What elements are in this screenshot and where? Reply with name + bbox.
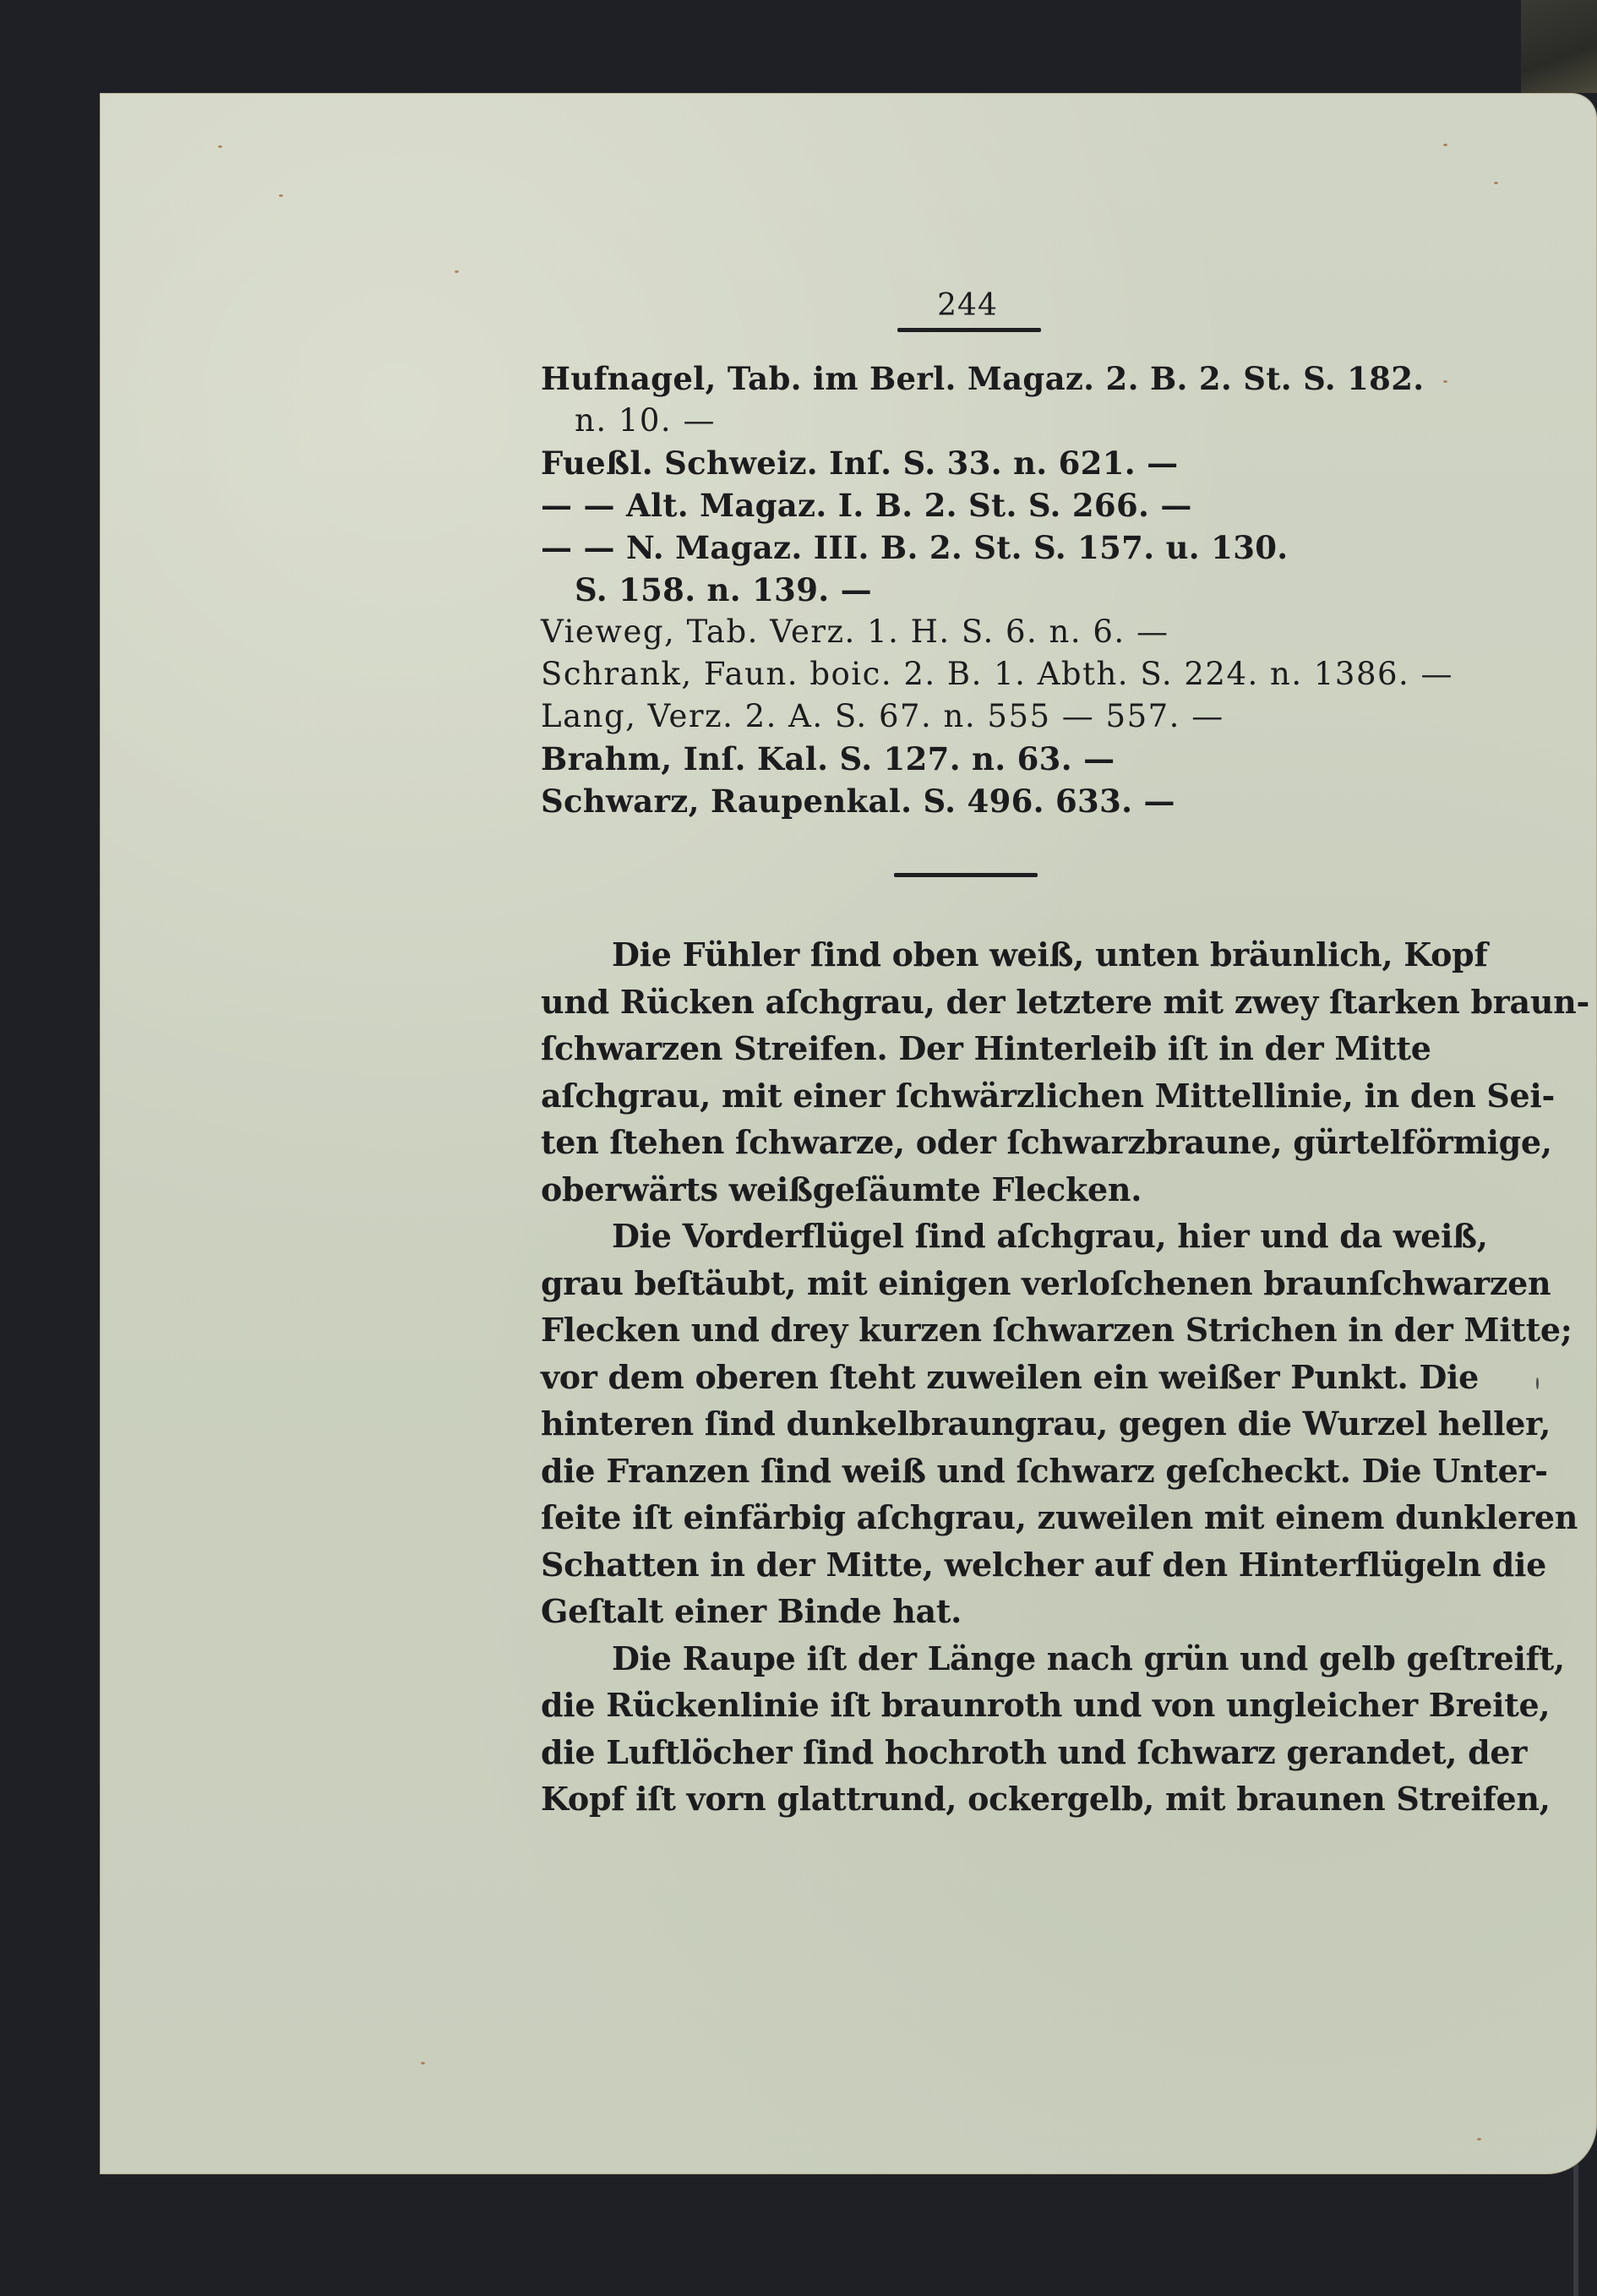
reference-line: — — N. Magaz. III. B. 2. St. S. 157. u. … <box>541 526 1403 569</box>
body-text: Die Fühler ſind oben weiß, unten bräunli… <box>541 931 1403 1823</box>
text-line: ſchwarzen Streifen. Der Hinterleib iſt i… <box>541 1025 1386 1072</box>
text-line: ſeite iſt einfärbig aſchgrau, zuweilen m… <box>541 1494 1386 1541</box>
text-line: vor dem oberen ſteht zuweilen ein weißer… <box>541 1354 1386 1401</box>
text-line: die Franzen ſind weiß und ſchwarz geſche… <box>541 1448 1386 1495</box>
paper-speck <box>1443 144 1447 146</box>
reference-list: Hufnagel, Tab. im Berl. Magaz. 2. B. 2. … <box>541 357 1403 822</box>
page-content: 244 Hufnagel, Tab. im Berl. Magaz. 2. B.… <box>541 287 1403 1823</box>
scan-backdrop-edge <box>1573 2163 1578 2296</box>
text-line: die Rückenlinie iſt braunroth und von un… <box>541 1682 1386 1729</box>
reference-line: Schrank, Faun. boic. 2. B. 1. Abth. S. 2… <box>541 653 1403 695</box>
text-line: die Luftlöcher ſind hochroth und ſchwarz… <box>541 1729 1386 1776</box>
text-line: Die Raupe iſt der Länge nach grün und ge… <box>541 1635 1386 1682</box>
paper-speck <box>279 194 283 197</box>
page-number: 244 <box>828 287 1107 324</box>
reference-line: — — Alt. Magaz. I. B. 2. St. S. 266. — <box>541 484 1403 526</box>
paper-speck <box>218 145 222 148</box>
reference-line: Hufnagel, Tab. im Berl. Magaz. 2. B. 2. … <box>541 357 1403 400</box>
reference-line: n. 10. — <box>541 400 1403 442</box>
ink-mark <box>1536 1377 1539 1389</box>
reference-line: Fueßl. Schweiz. Inſ. S. 33. n. 621. — <box>541 442 1403 484</box>
text-line: ten ſtehen ſchwarze, oder ſchwarzbraune,… <box>541 1119 1386 1166</box>
paper-speck <box>1443 380 1447 383</box>
paragraph-caterpillar: Die Raupe iſt der Länge nach grün und ge… <box>541 1635 1403 1823</box>
text-line: Kopf iſt vorn glattrund, ockergelb, mit … <box>541 1775 1386 1823</box>
text-line: oberwärts weißgeſäumte Flecken. <box>541 1166 1386 1213</box>
paper-speck <box>421 2062 425 2064</box>
text-line: und Rücken aſchgrau, der letztere mit zw… <box>541 979 1386 1026</box>
text-line: Die Fühler ſind oben weiß, unten bräunli… <box>541 931 1386 979</box>
paper-speck <box>455 270 459 273</box>
reference-line: Brahm, Inſ. Kal. S. 127. n. 63. — <box>541 738 1403 780</box>
reference-line: Schwarz, Raupenkal. S. 496. 633. — <box>541 780 1403 822</box>
reference-line: Vieweg, Tab. Verz. 1. H. S. 6. n. 6. — <box>541 611 1403 653</box>
text-line: Die Vorderflügel ſind aſchgrau, hier und… <box>541 1213 1386 1260</box>
reference-line: Lang, Verz. 2. A. S. 67. n. 555 — 557. — <box>541 695 1403 738</box>
text-line: grau beſtäubt, mit einigen verloſchenen … <box>541 1260 1386 1307</box>
page-number-rule <box>897 328 1041 332</box>
reference-line: S. 158. n. 139. — <box>541 569 1403 611</box>
paper-speck <box>1494 182 1498 184</box>
scan-backdrop-corner <box>1521 0 1597 93</box>
text-line: Flecken und drey kurzen ſchwarzen Strich… <box>541 1306 1386 1354</box>
paper-speck <box>1477 2138 1481 2141</box>
text-line: hinteren ſind dunkelbraungrau, gegen die… <box>541 1400 1386 1448</box>
text-line: Geſtalt einer Binde hat. <box>541 1588 1386 1635</box>
text-line: aſchgrau, mit einer ſchwärzlichen Mittel… <box>541 1072 1386 1120</box>
section-divider <box>894 873 1038 877</box>
paragraph-wings: Die Vorderflügel ſind aſchgrau, hier und… <box>541 1213 1403 1635</box>
text-line: Schatten in der Mitte, welcher auf den H… <box>541 1541 1386 1589</box>
paragraph-imago-body: Die Fühler ſind oben weiß, unten bräunli… <box>541 931 1403 1213</box>
